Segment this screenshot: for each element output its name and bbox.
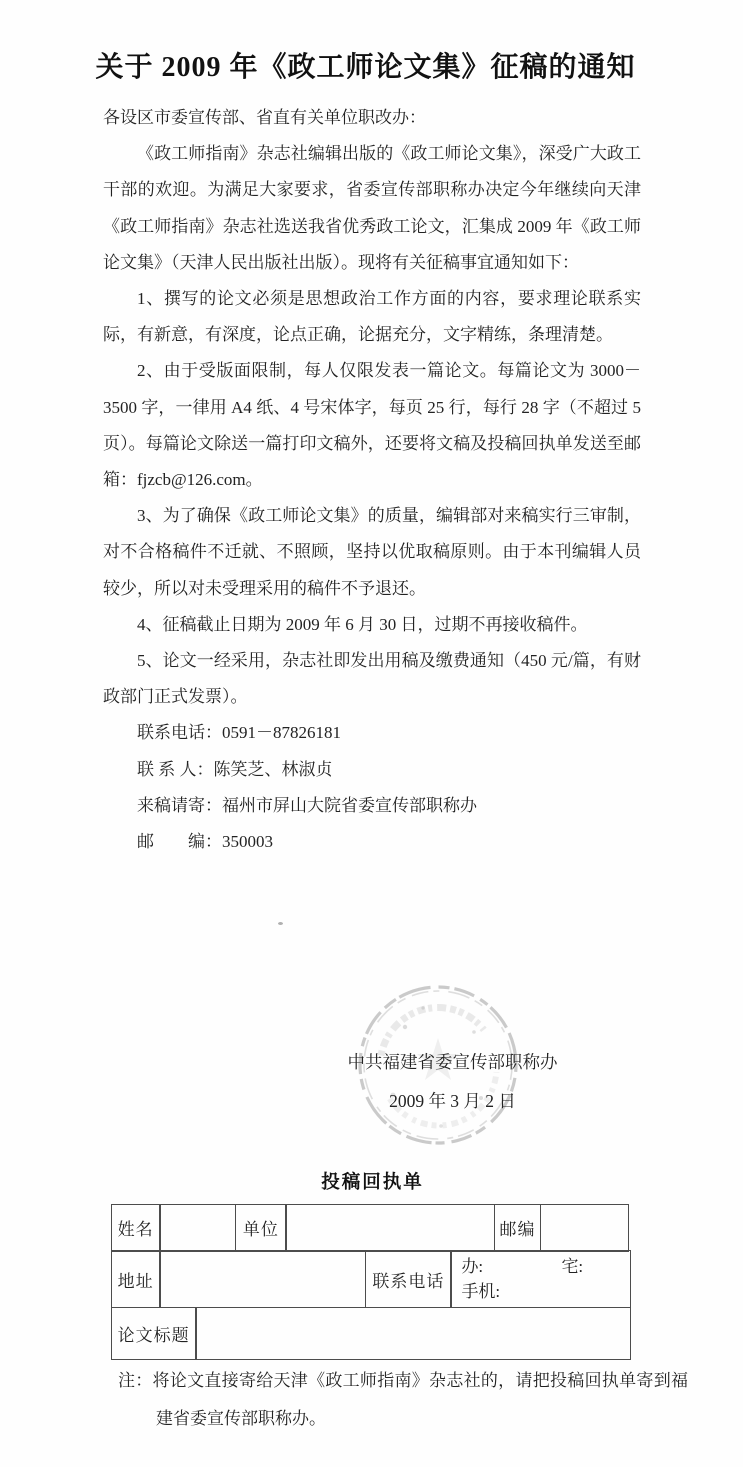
notice-title: 关于 2009 年《政工师论文集》征稿的通知 <box>0 45 731 85</box>
item-4-paragraph: 4、征稿截止日期为 2009 年 6 月 30 日，过期不再接收稿件。 <box>103 607 641 643</box>
signature-block: 中共福建省委宣传部职称办 2009 年 3 月 2 日 <box>280 1043 625 1121</box>
notice-body: 各设区市委宣传部、省直有关单位职改办： 《政工师指南》杂志社编辑出版的《政工师论… <box>103 100 641 860</box>
table-row: 论文标题 <box>112 1308 633 1360</box>
item-1-paragraph: 1、撰写的论文必须是思想政治工作方面的内容，要求理论联系实际，有新意，有深度，论… <box>103 281 641 353</box>
unit-label-cell: 单位 <box>235 1204 287 1252</box>
postal-code-line: 邮 编：350003 <box>103 824 641 860</box>
contact-person-line: 联 系 人：陈笑芝、林淑贞 <box>103 752 641 788</box>
phone-home-label: 宅: <box>561 1254 583 1279</box>
item-2-paragraph: 2、由于受版面限制，每人仅限发表一篇论文。每篇论文为 3000－3500 字，一… <box>103 353 641 498</box>
signature-date: 2009 年 3 月 2 日 <box>280 1082 625 1121</box>
name-label-cell: 姓名 <box>111 1204 161 1252</box>
zip-label-cell: 邮编 <box>494 1204 541 1252</box>
phone-office-label: 办: <box>461 1254 561 1279</box>
unit-value-cell <box>285 1204 495 1252</box>
paper-title-label-cell: 论文标题 <box>111 1307 197 1360</box>
phone-label-cell: 联系电话 <box>365 1250 452 1308</box>
table-row: 姓名 单位 邮编 <box>112 1205 633 1252</box>
footnote: 注：将论文直接寄给天津《政工师指南》杂志社的，请把投稿回执单寄到福建省委宣传部职… <box>118 1362 688 1438</box>
contact-phone-line: 联系电话：0591－87826181 <box>103 715 641 751</box>
reply-form-table: 姓名 单位 邮编 地址 联系电话 办: 宅: 手机: <box>112 1205 633 1360</box>
reply-form-title: 投稿回执单 <box>112 1168 633 1194</box>
item-5-paragraph: 5、论文一经采用，杂志社即发出用稿及缴费通知（450 元/篇，有财政部门正式发票… <box>103 643 641 715</box>
table-row: 地址 联系电话 办: 宅: 手机: <box>112 1252 633 1309</box>
scanned-notice-document: 关于 2009 年《政工师论文集》征稿的通知 各设区市委宣传部、省直有关单位职改… <box>0 0 743 1467</box>
signature-org: 中共福建省委宣传部职称办 <box>280 1043 625 1082</box>
scan-artifact-dot <box>278 922 283 925</box>
mailing-address-line: 来稿请寄：福州市屏山大院省委宣传部职称办 <box>103 788 641 824</box>
zip-value-cell <box>540 1204 629 1252</box>
salutation-line: 各设区市委宣传部、省直有关单位职改办： <box>103 100 641 136</box>
phone-detail-cell: 办: 宅: 手机: <box>450 1250 631 1308</box>
address-label-cell: 地址 <box>111 1250 161 1308</box>
address-value-cell <box>159 1250 366 1308</box>
name-value-cell <box>159 1204 236 1252</box>
item-3-paragraph: 3、为了确保《政工师论文集》的质量，编辑部对来稿实行三审制，对不合格稿件不迁就、… <box>103 498 641 607</box>
paper-title-value-cell <box>195 1307 631 1360</box>
intro-paragraph: 《政工师指南》杂志社编辑出版的《政工师论文集》，深受广大政工干部的欢迎。为满足大… <box>103 136 641 281</box>
phone-mobile-label: 手机: <box>461 1279 620 1304</box>
reply-form-section: 投稿回执单 姓名 单位 邮编 地址 联系电话 办: 宅: 手机: <box>0 1168 743 1360</box>
